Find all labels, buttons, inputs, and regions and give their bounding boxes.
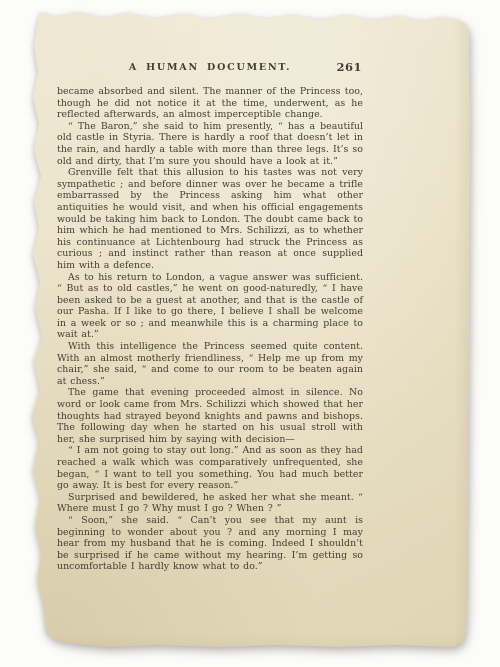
- running-title: A HUMAN DOCUMENT.: [57, 62, 363, 73]
- scan-background: A HUMAN DOCUMENT. 261 became absorbed an…: [0, 0, 500, 667]
- paragraph: The game that evening proceeded almost i…: [57, 387, 363, 445]
- paragraph: As to his return to London, a vague answ…: [57, 272, 363, 342]
- paragraph: became absorbed and silent. The manner o…: [57, 86, 363, 121]
- paragraph: Grenville felt that this allusion to his…: [57, 167, 363, 271]
- paragraph: “ The Baron,” she said to him presently,…: [57, 121, 363, 167]
- page-content: A HUMAN DOCUMENT. 261 became absorbed an…: [57, 62, 363, 573]
- page-header: A HUMAN DOCUMENT. 261: [57, 62, 363, 75]
- page-number: 261: [336, 60, 362, 74]
- paragraph: With this intelligence the Princess seem…: [57, 341, 363, 387]
- page-text: became absorbed and silent. The manner o…: [57, 86, 363, 573]
- paragraph: “ Soon,” she said. “ Can’t you see that …: [57, 515, 363, 573]
- paragraph: Surprised and bewildered, he asked her w…: [57, 492, 363, 515]
- paragraph: “ I am not going to stay out long.” And …: [57, 445, 363, 491]
